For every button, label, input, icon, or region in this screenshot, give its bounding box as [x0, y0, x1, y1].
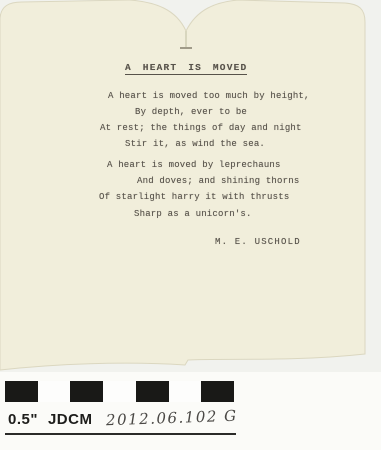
scale-bar-segment [136, 381, 169, 402]
accession-label: 0.5"JDCM2012.06.102 G [8, 410, 238, 432]
poem-line: At rest; the things of day and night [100, 123, 302, 134]
scale-bar-segment [201, 381, 234, 402]
scale-bar [5, 381, 234, 402]
poem-line: Stir it, as wind the sea. [125, 139, 265, 150]
institution-label: JDCM [48, 411, 93, 428]
scale-bar-segment [103, 381, 136, 402]
poem-line: Sharp as a unicorn's. [134, 209, 252, 220]
scale-bar-segment [169, 381, 202, 402]
catalog-number-handwritten: 2012.06.102 G [106, 407, 238, 430]
scale-bar-segment [38, 381, 71, 402]
scale-bar-segment [70, 381, 103, 402]
poem-line: And doves; and shining thorns [137, 176, 299, 187]
scale-length-label: 0.5" [8, 411, 38, 428]
scale-bar-segment [5, 381, 38, 402]
poem-line: A heart is moved by leprechauns [107, 160, 281, 171]
label-strip: 0.5"JDCM2012.06.102 G [0, 372, 381, 450]
label-underline [5, 433, 236, 435]
poem-author: M. E. USCHOLD [215, 237, 301, 248]
poem-line: By depth, ever to be [135, 107, 247, 118]
poem-line: Of starlight harry it with thrusts [99, 192, 289, 203]
poem-title: A HEART IS MOVED [125, 62, 247, 75]
poem-line: A heart is moved too much by height, [108, 91, 310, 102]
archival-photo-of-poem-card: A HEART IS MOVED A heart is moved too mu… [0, 0, 381, 450]
